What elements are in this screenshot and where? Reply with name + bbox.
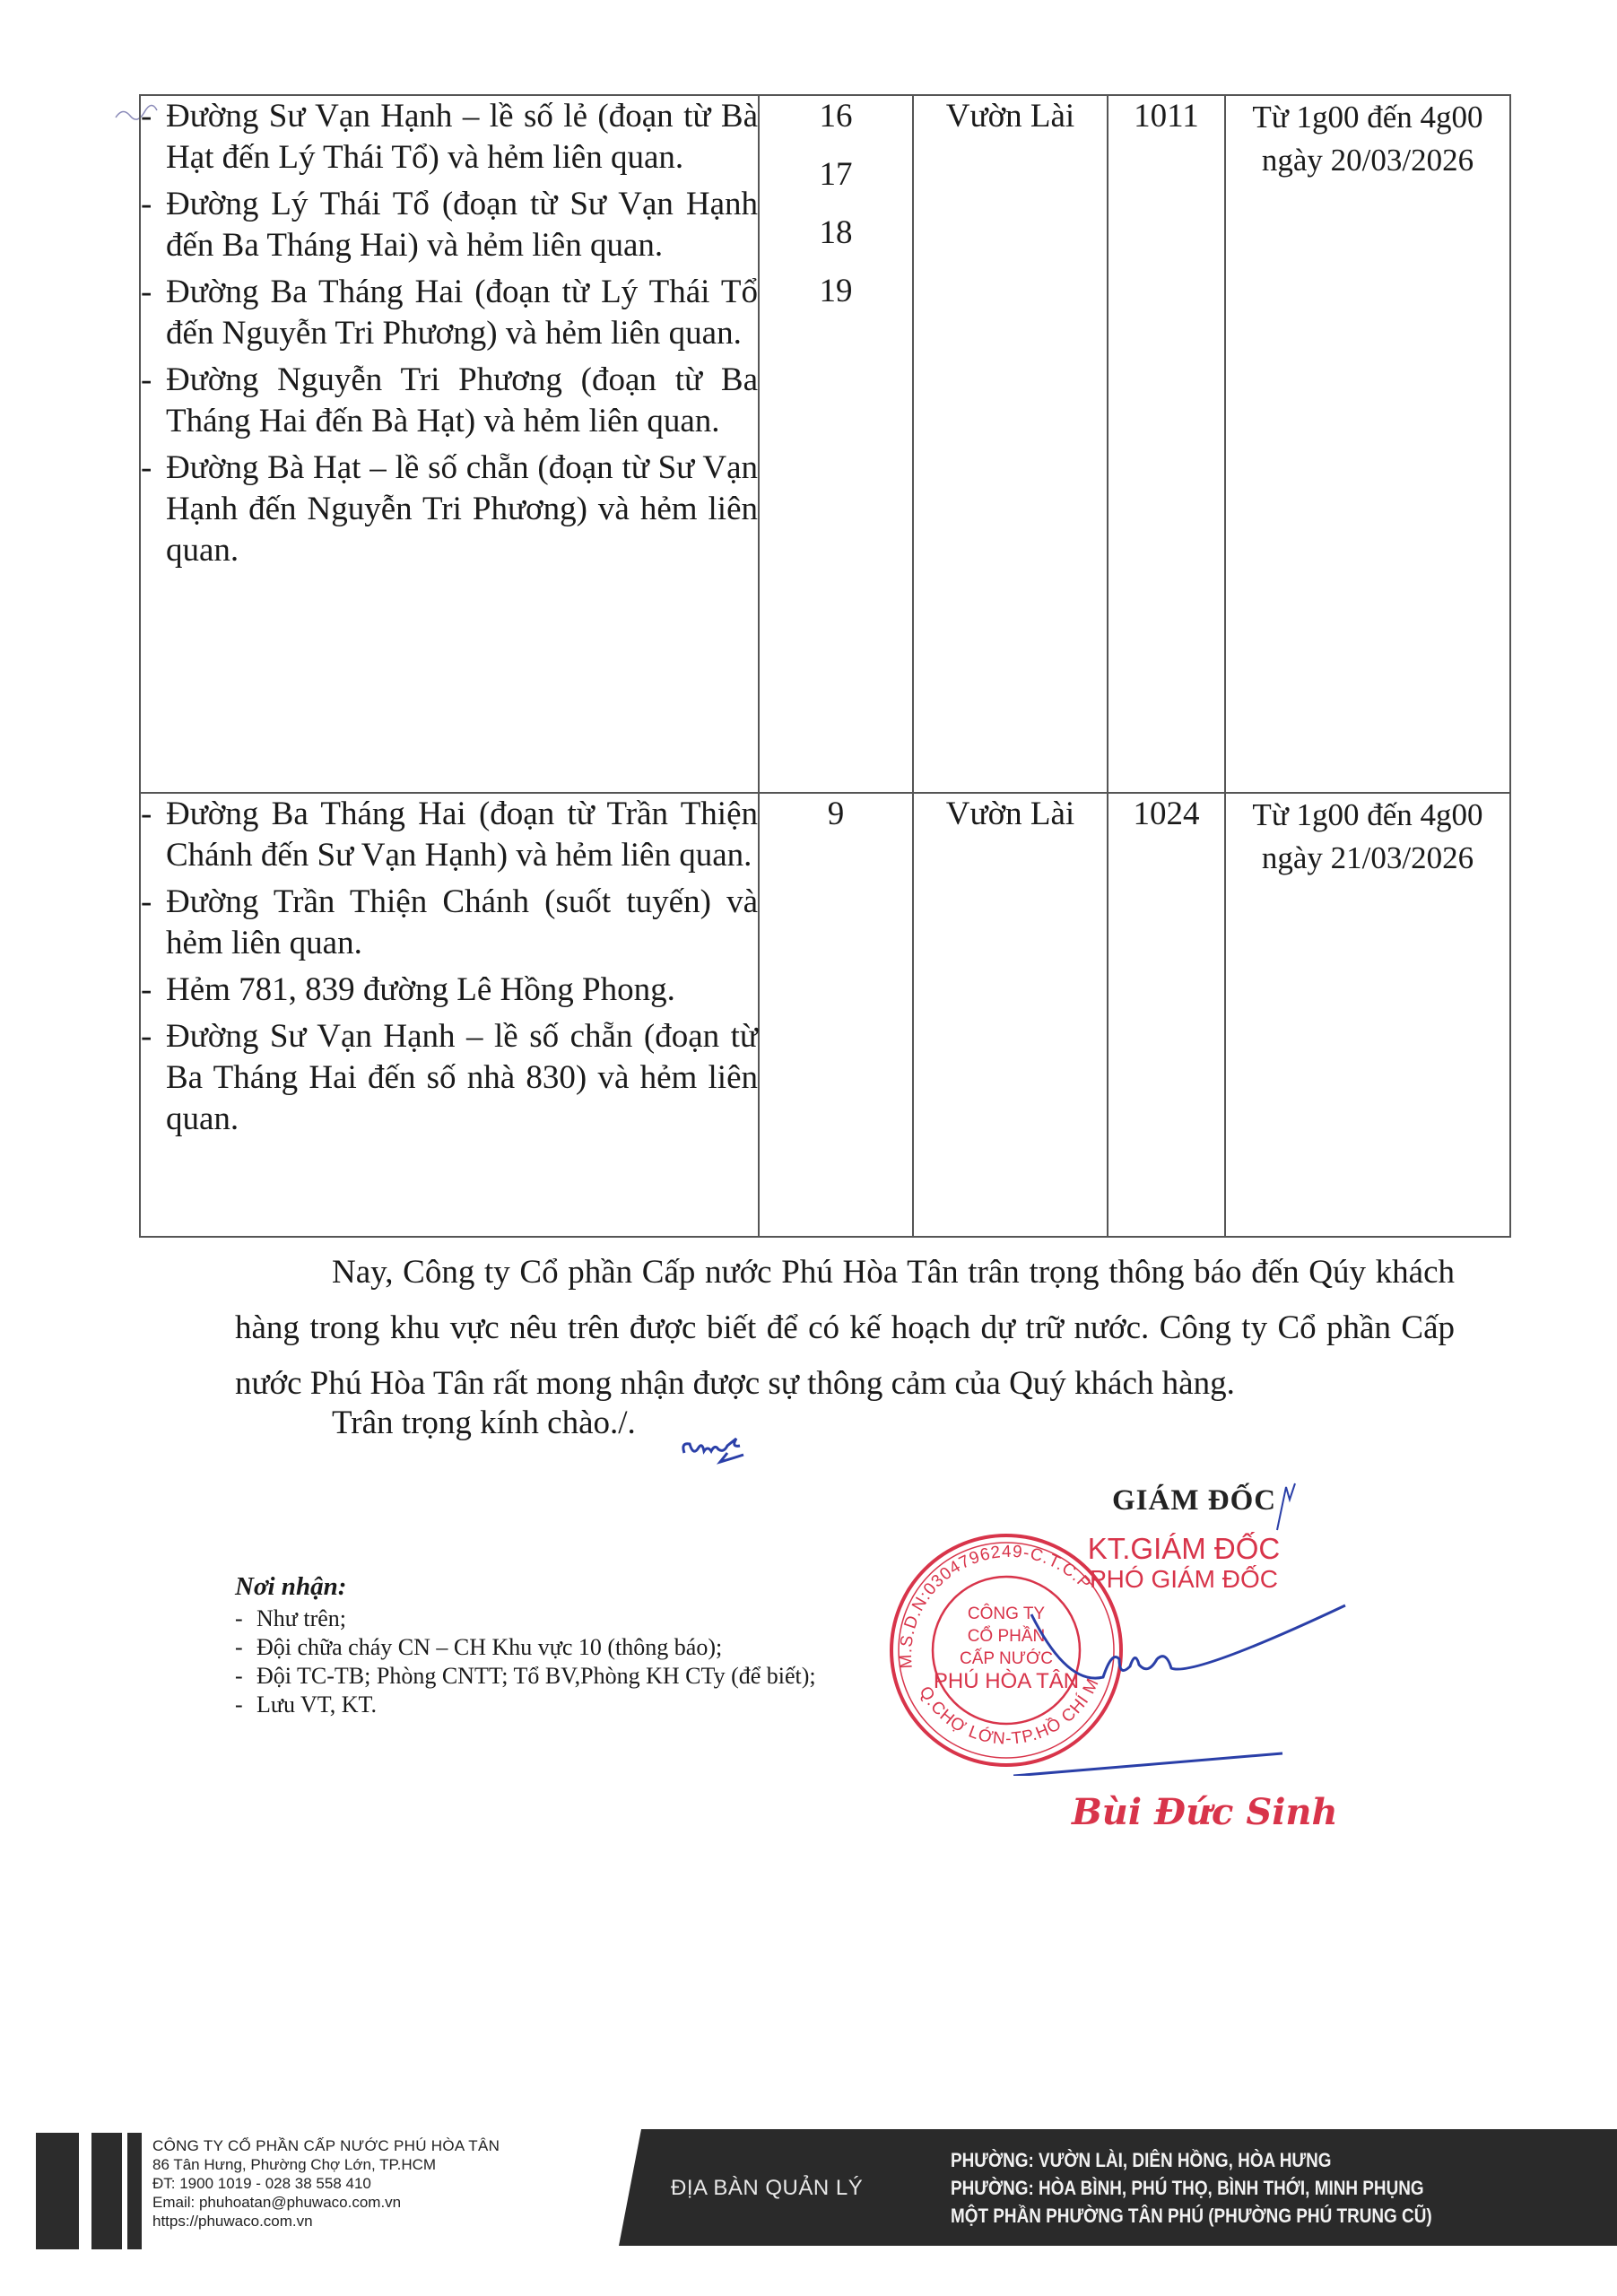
footer-website-link[interactable]: https://phuwaco.com.vn bbox=[152, 2212, 500, 2231]
list-item: -Đường Nguyễn Tri Phương (đoạn từ Ba Thá… bbox=[141, 360, 758, 442]
list-item: -Đường Ba Tháng Hai (đoạn từ Trần Thiện … bbox=[141, 794, 758, 876]
list-item: -Đội chữa cháy CN – CH Khu vực 10 (thông… bbox=[235, 1633, 816, 1662]
time-cell: Từ 1g00 đến 4g00 ngày 20/03/2026 bbox=[1225, 95, 1510, 793]
list-item: -Đường Bà Hạt – lề số chẵn (đoạn từ Sư V… bbox=[141, 448, 758, 571]
number: 17 bbox=[760, 154, 912, 213]
ward-cell: Vườn Lài bbox=[913, 793, 1108, 1237]
recipients-heading: Nơi nhận: bbox=[235, 1572, 816, 1601]
list-item: -Đường Trần Thiện Chánh (suốt tuyến) và … bbox=[141, 882, 758, 964]
deputy-director-title: KT.GIÁM ĐỐC PHÓ GIÁM ĐỐC bbox=[1072, 1534, 1296, 1595]
number: 16 bbox=[760, 96, 912, 154]
closing-text: Trân trọng kính chào./. bbox=[332, 1404, 636, 1442]
list-item: -Lưu VT, KT. bbox=[235, 1691, 816, 1719]
list-item: -Đường Sư Vạn Hạnh – lề số chẵn (đoạn từ… bbox=[141, 1016, 758, 1140]
code-cell: 1011 bbox=[1108, 95, 1225, 793]
number: 19 bbox=[760, 271, 912, 329]
outage-schedule-table: -Đường Sư Vạn Hạnh – lề số lẻ (đoạn từ B… bbox=[139, 94, 1511, 1238]
footer-company-info: CÔNG TY CỔ PHẦN CẤP NƯỚC PHÚ HÒA TÂN 86 … bbox=[152, 2136, 500, 2231]
time-cell: Từ 1g00 đến 4g00 ngày 21/03/2026 bbox=[1225, 793, 1510, 1237]
number: 18 bbox=[760, 213, 912, 271]
streets-cell: -Đường Sư Vạn Hạnh – lề số lẻ (đoạn từ B… bbox=[140, 95, 759, 793]
table-row: -Đường Ba Tháng Hai (đoạn từ Trần Thiện … bbox=[140, 793, 1510, 1237]
streets-cell: -Đường Ba Tháng Hai (đoạn từ Trần Thiện … bbox=[140, 793, 759, 1237]
list-item: -Đường Ba Tháng Hai (đoạn từ Lý Thái Tổ … bbox=[141, 272, 758, 354]
document-page: -Đường Sư Vạn Hạnh – lề số lẻ (đoạn từ B… bbox=[0, 0, 1617, 2296]
list-item: -Đường Lý Thái Tổ (đoạn từ Sư Vạn Hạnh đ… bbox=[141, 184, 758, 266]
director-title: GIÁM ĐỐC bbox=[1112, 1484, 1276, 1518]
initials-signature-icon bbox=[677, 1426, 758, 1471]
recipients-block: Nơi nhận: -Như trên; -Đội chữa cháy CN –… bbox=[235, 1572, 816, 1719]
list-item: -Như trên; bbox=[235, 1605, 816, 1633]
code-cell: 1024 bbox=[1108, 793, 1225, 1237]
list-item: -Đường Sư Vạn Hạnh – lề số lẻ (đoạn từ B… bbox=[141, 96, 758, 178]
footer-email-link[interactable]: Email: phuhoatan@phuwaco.com.vn bbox=[152, 2193, 500, 2212]
numbers-cell: 16 17 18 19 bbox=[759, 95, 913, 793]
area-label: ĐỊA BÀN QUẢN LÝ bbox=[671, 2176, 863, 2201]
company-logo-bars-icon bbox=[36, 2133, 143, 2249]
handwritten-signature-icon bbox=[1013, 1596, 1354, 1776]
pen-tick-icon bbox=[1274, 1480, 1300, 1534]
signer-name: Bùi Đức Sinh bbox=[1072, 1791, 1338, 1833]
area-list: PHƯỜNG: VƯỜN LÀI, DIÊN HỒNG, HÒA HƯNG PH… bbox=[951, 2146, 1432, 2230]
table-row: -Đường Sư Vạn Hạnh – lề số lẻ (đoạn từ B… bbox=[140, 95, 1510, 793]
number: 9 bbox=[760, 794, 912, 852]
list-item: -Hẻm 781, 839 đường Lê Hồng Phong. bbox=[141, 970, 758, 1011]
numbers-cell: 9 bbox=[759, 793, 913, 1237]
ward-cell: Vườn Lài bbox=[913, 95, 1108, 793]
list-item: -Đội TC-TB; Phòng CNTT; Tổ BV,Phòng KH C… bbox=[235, 1662, 816, 1691]
notice-paragraph: Nay, Công ty Cổ phần Cấp nước Phú Hòa Tâ… bbox=[235, 1245, 1455, 1412]
